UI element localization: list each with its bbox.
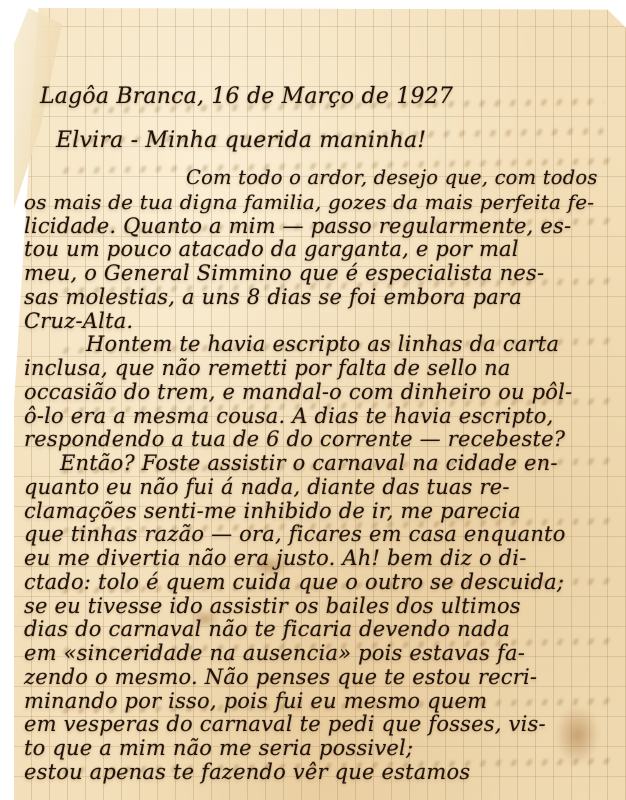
letter-text: Lagôa Branca, 16 de Março de 1927 Elvira… bbox=[0, 0, 626, 800]
letter-place-date: Lagôa Branca, 16 de Março de 1927 bbox=[40, 84, 453, 109]
letter-line: em «sinceridade na ausencia» pois estava… bbox=[24, 641, 525, 665]
letter-line: eu me divertia não era justo. Ah! bem di… bbox=[24, 546, 527, 570]
letter-line: ô-lo era a mesma cousa. A dias te havia … bbox=[24, 404, 554, 428]
letter-line: clamações senti-me inhibido de ir, me pa… bbox=[24, 499, 521, 523]
letter-line: Hontem te havia escripto as linhas da ca… bbox=[86, 332, 559, 356]
letter-line: Com todo o ardor, desejo que, com todos bbox=[186, 166, 598, 189]
letter-line: em vesperas do carnaval te pedi que foss… bbox=[24, 712, 546, 736]
letter-line: to que a mim não me seria possivel; bbox=[24, 736, 413, 760]
letter-line: minando por isso, pois fui eu mesmo quem bbox=[24, 689, 487, 713]
scanned-letter-page: Lagôa Branca, 16 de Março de 1927 Elvira… bbox=[0, 0, 626, 800]
letter-line: se eu tivesse ido assistir os bailes dos… bbox=[24, 594, 521, 618]
letter-line: Cruz-Alta. bbox=[24, 309, 133, 333]
letter-salutation: Elvira - Minha querida maninha! bbox=[56, 128, 426, 153]
letter-line: sas molestias, a uns 8 dias se foi embor… bbox=[24, 285, 522, 309]
letter-line: que tinhas razão — ora, ficares em casa … bbox=[24, 522, 566, 546]
letter-line: licidade. Quanto a mim — passo regularme… bbox=[24, 214, 571, 238]
letter-line: ctado: tolo é quem cuida que o outro se … bbox=[24, 570, 564, 594]
letter-line: inclusa, que não remetti por falta de se… bbox=[24, 356, 511, 380]
letter-line: respondendo a tua de 6 do corrente — rec… bbox=[24, 427, 565, 451]
letter-line: estou apenas te fazendo vêr que estamos bbox=[24, 760, 470, 784]
letter-line: dias do carnaval não te ficaria devendo … bbox=[24, 617, 510, 641]
letter-line: zendo o mesmo. Não penses que te estou r… bbox=[24, 665, 537, 689]
letter-line: occasião do trem, e mandal-o com dinheir… bbox=[24, 380, 572, 404]
letter-line: tou um pouco atacado da garganta, e por … bbox=[24, 237, 519, 261]
letter-line: quanto eu não fui á nada, diante das tua… bbox=[24, 475, 510, 499]
letter-line: Então? Foste assistir o carnaval na cida… bbox=[60, 451, 558, 475]
letter-line: os mais de tua digna familia, gozes da m… bbox=[24, 190, 594, 214]
letter-line: meu, o General Simmino que é especialist… bbox=[24, 261, 544, 285]
